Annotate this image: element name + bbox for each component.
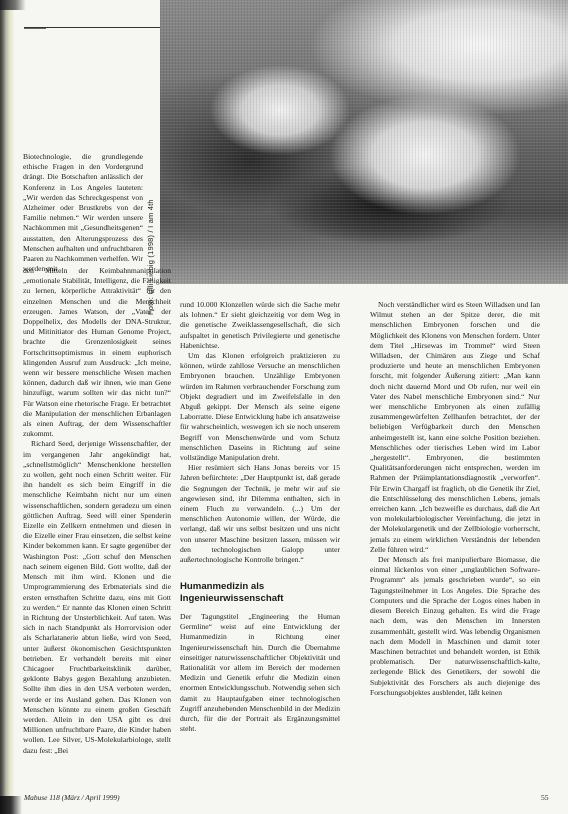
scan-binding-bottom-shadow bbox=[0, 796, 22, 814]
paragraph: Hier resümiert sich Hans Jonas bereits v… bbox=[180, 463, 340, 565]
header-rule-dash bbox=[24, 28, 46, 29]
paragraph: Der Tagungstitel „Engineering the Human … bbox=[180, 612, 340, 734]
left-column-bottom: den Mitteln der Keimbahnmanipulation „em… bbox=[23, 266, 171, 756]
middle-column-bottom: Der Tagungstitel „Engineering the Human … bbox=[180, 612, 340, 734]
paragraph: Um das Klonen erfolgreich praktizieren z… bbox=[180, 351, 340, 463]
left-column-top: Biotechnologie, die grundlegende ethisch… bbox=[23, 152, 143, 274]
paragraph: Noch verständlicher wird es Steen Willad… bbox=[370, 300, 540, 555]
section-subheading: Humanmedizin als Ingenieurwissenschaft bbox=[180, 581, 350, 604]
page-number: 55 bbox=[541, 793, 549, 802]
article-photo bbox=[160, 0, 568, 284]
paragraph: den Mitteln der Keimbahnmanipulation „em… bbox=[23, 266, 171, 439]
publication-footer: Mabuse 118 (März / April 1999) bbox=[24, 793, 120, 802]
middle-column-top: rund 10.000 Klonzellen würde sich die Sa… bbox=[180, 300, 340, 565]
paragraph: Der Mensch als frei manipulierbare Bioma… bbox=[370, 555, 540, 698]
paragraph: Biotechnologie, die grundlegende ethisch… bbox=[23, 152, 143, 274]
right-column: Noch verständlicher wird es Steen Willad… bbox=[370, 300, 540, 698]
paragraph: Richard Seed, derjenige Wissenschaftler,… bbox=[23, 439, 171, 755]
paragraph: rund 10.000 Klonzellen würde sich die Sa… bbox=[180, 300, 340, 351]
scan-binding-shadow bbox=[0, 0, 14, 814]
scan-binding-top-shadow bbox=[0, 0, 26, 10]
